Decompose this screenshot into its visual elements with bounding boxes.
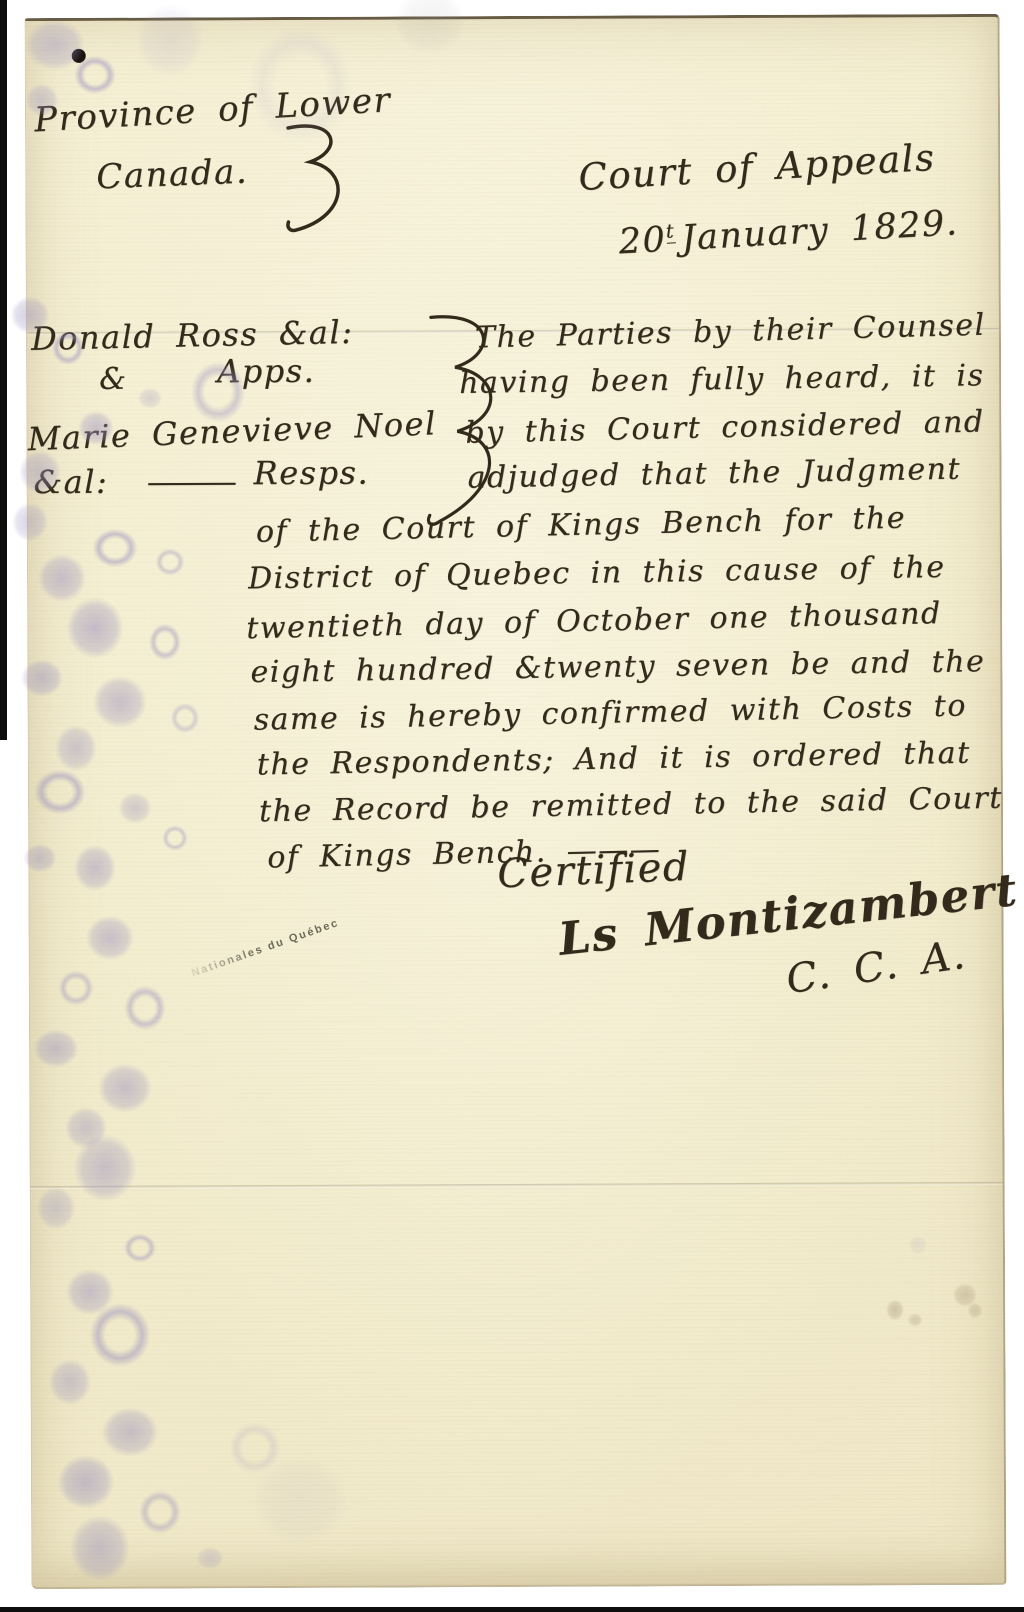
scanner-edge-bottom [0, 1607, 1024, 1612]
body-line: eight hundred &twenty seven be and the [250, 645, 985, 689]
date-ordinal: t [665, 220, 676, 244]
brace-province [278, 120, 357, 238]
province-line-2: Canada. [96, 154, 249, 197]
respondents-dash: ——— [147, 462, 234, 500]
archive-stamp: Nationales du Québec [190, 917, 341, 980]
signer-title: C. C. A. [784, 933, 969, 1002]
scanner-edge-left [0, 0, 7, 740]
certified-label: Certified [497, 845, 691, 897]
body-line: The Parties by their Counsel [475, 309, 986, 355]
respondents-names: Marie Genevieve Noel [27, 406, 437, 457]
body-line: District of Quebec in this cause of the [248, 551, 946, 596]
versus-ampersand: & [99, 363, 127, 396]
body-line: of the Court of Kings Bench for the [256, 502, 907, 549]
scanned-document: Province of Lower Canada. Court of Appea… [0, 0, 1024, 1612]
manuscript-page: Province of Lower Canada. Court of Appea… [25, 14, 1007, 1589]
date-line: 20tJanuary 1829. [618, 204, 960, 262]
body-line: same is hereby confirmed with Costs to [253, 689, 967, 736]
body-line: twentieth day of October one thousand [246, 597, 942, 645]
fold-crease-lower [31, 1182, 1003, 1189]
body-line: adjudged that the Judgment [467, 453, 961, 495]
date-rest: January 1829. [680, 203, 959, 259]
appellants-role: Apps. [217, 354, 315, 390]
body-line: the Respondents; And it is ordered that [257, 737, 971, 782]
body-line: the Record be remitted to the said Court [259, 782, 1003, 829]
respondents-role: Resps. [253, 456, 369, 492]
date-day: 20 [618, 220, 668, 263]
respondents-etal: &al: ——— [34, 464, 234, 500]
body-line: by this Court considered and [465, 405, 985, 449]
paper-hole-dot [72, 49, 86, 63]
body-line: having been fully heard, it is [459, 359, 985, 400]
appellants-names: Donald Ross &al: [31, 315, 354, 357]
court-title: Court of Appeals [577, 138, 936, 199]
